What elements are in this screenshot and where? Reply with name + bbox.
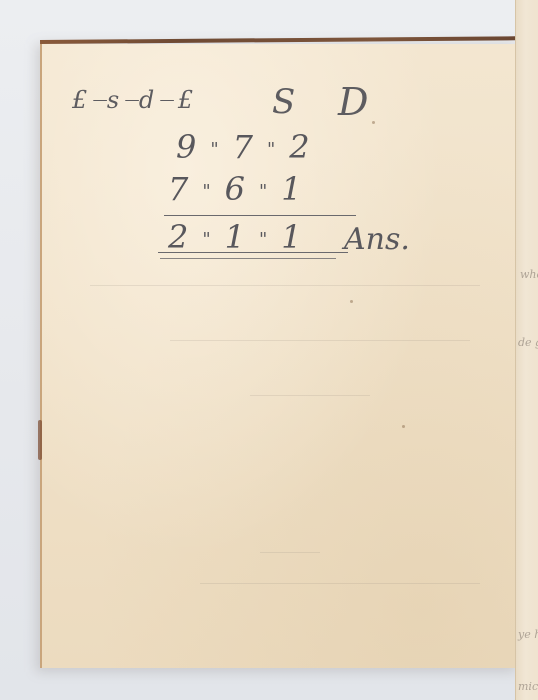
paper-speck — [402, 425, 405, 428]
facing-text: mic — [518, 680, 538, 693]
currency-header: £ s d £ — [72, 86, 199, 114]
bleed-through-line — [170, 340, 470, 341]
answer-label: Ans. — [344, 222, 410, 257]
bleed-through-line — [250, 395, 370, 396]
pence-value: 1 — [281, 218, 301, 256]
sum-rule — [164, 215, 356, 216]
facing-text: ye h — [518, 628, 538, 641]
pounds-value: 7 — [168, 170, 188, 208]
pound-symbol: £ — [72, 86, 93, 114]
shillings-value: 6 — [225, 170, 245, 208]
paper-speck — [372, 121, 375, 124]
spine-stain — [38, 420, 42, 460]
struck-header: £ s d — [72, 86, 174, 114]
bleed-through-line — [260, 552, 320, 553]
ditto-mark: " — [210, 139, 218, 160]
bleed-through-line — [90, 285, 480, 286]
facing-text: whe — [520, 268, 538, 281]
minuend-row: 9"7"2 — [176, 128, 310, 166]
pence-symbol: d — [139, 86, 160, 114]
pence-value: 1 — [281, 170, 301, 208]
pence-value: 2 — [289, 128, 309, 166]
ditto-mark: " — [267, 139, 275, 160]
cover-edge — [40, 36, 515, 44]
pounds-value: 9 — [176, 128, 196, 166]
shillings-value: 1 — [225, 218, 245, 256]
ditto-mark: " — [259, 181, 267, 202]
ditto-mark: " — [202, 181, 210, 202]
double-rule-top — [158, 252, 348, 253]
pence-header: D — [338, 80, 368, 124]
facing-text: de ga — [518, 336, 538, 349]
paper-speck — [350, 300, 353, 303]
pounds-value: 2 — [168, 218, 188, 256]
facing-page: whe de ga ye h mic — [515, 0, 538, 700]
ditto-mark: " — [202, 229, 210, 250]
double-rule-bottom — [160, 258, 336, 259]
shilling-header: S — [272, 82, 295, 122]
pound-symbol: £ — [178, 86, 199, 114]
result-row: 2"1"1 — [168, 218, 302, 256]
shilling-symbol: s — [107, 86, 125, 114]
ditto-mark: " — [259, 229, 267, 250]
shillings-value: 7 — [233, 128, 253, 166]
subtrahend-row: 7"6"1 — [168, 170, 302, 208]
bleed-through-line — [200, 583, 480, 584]
